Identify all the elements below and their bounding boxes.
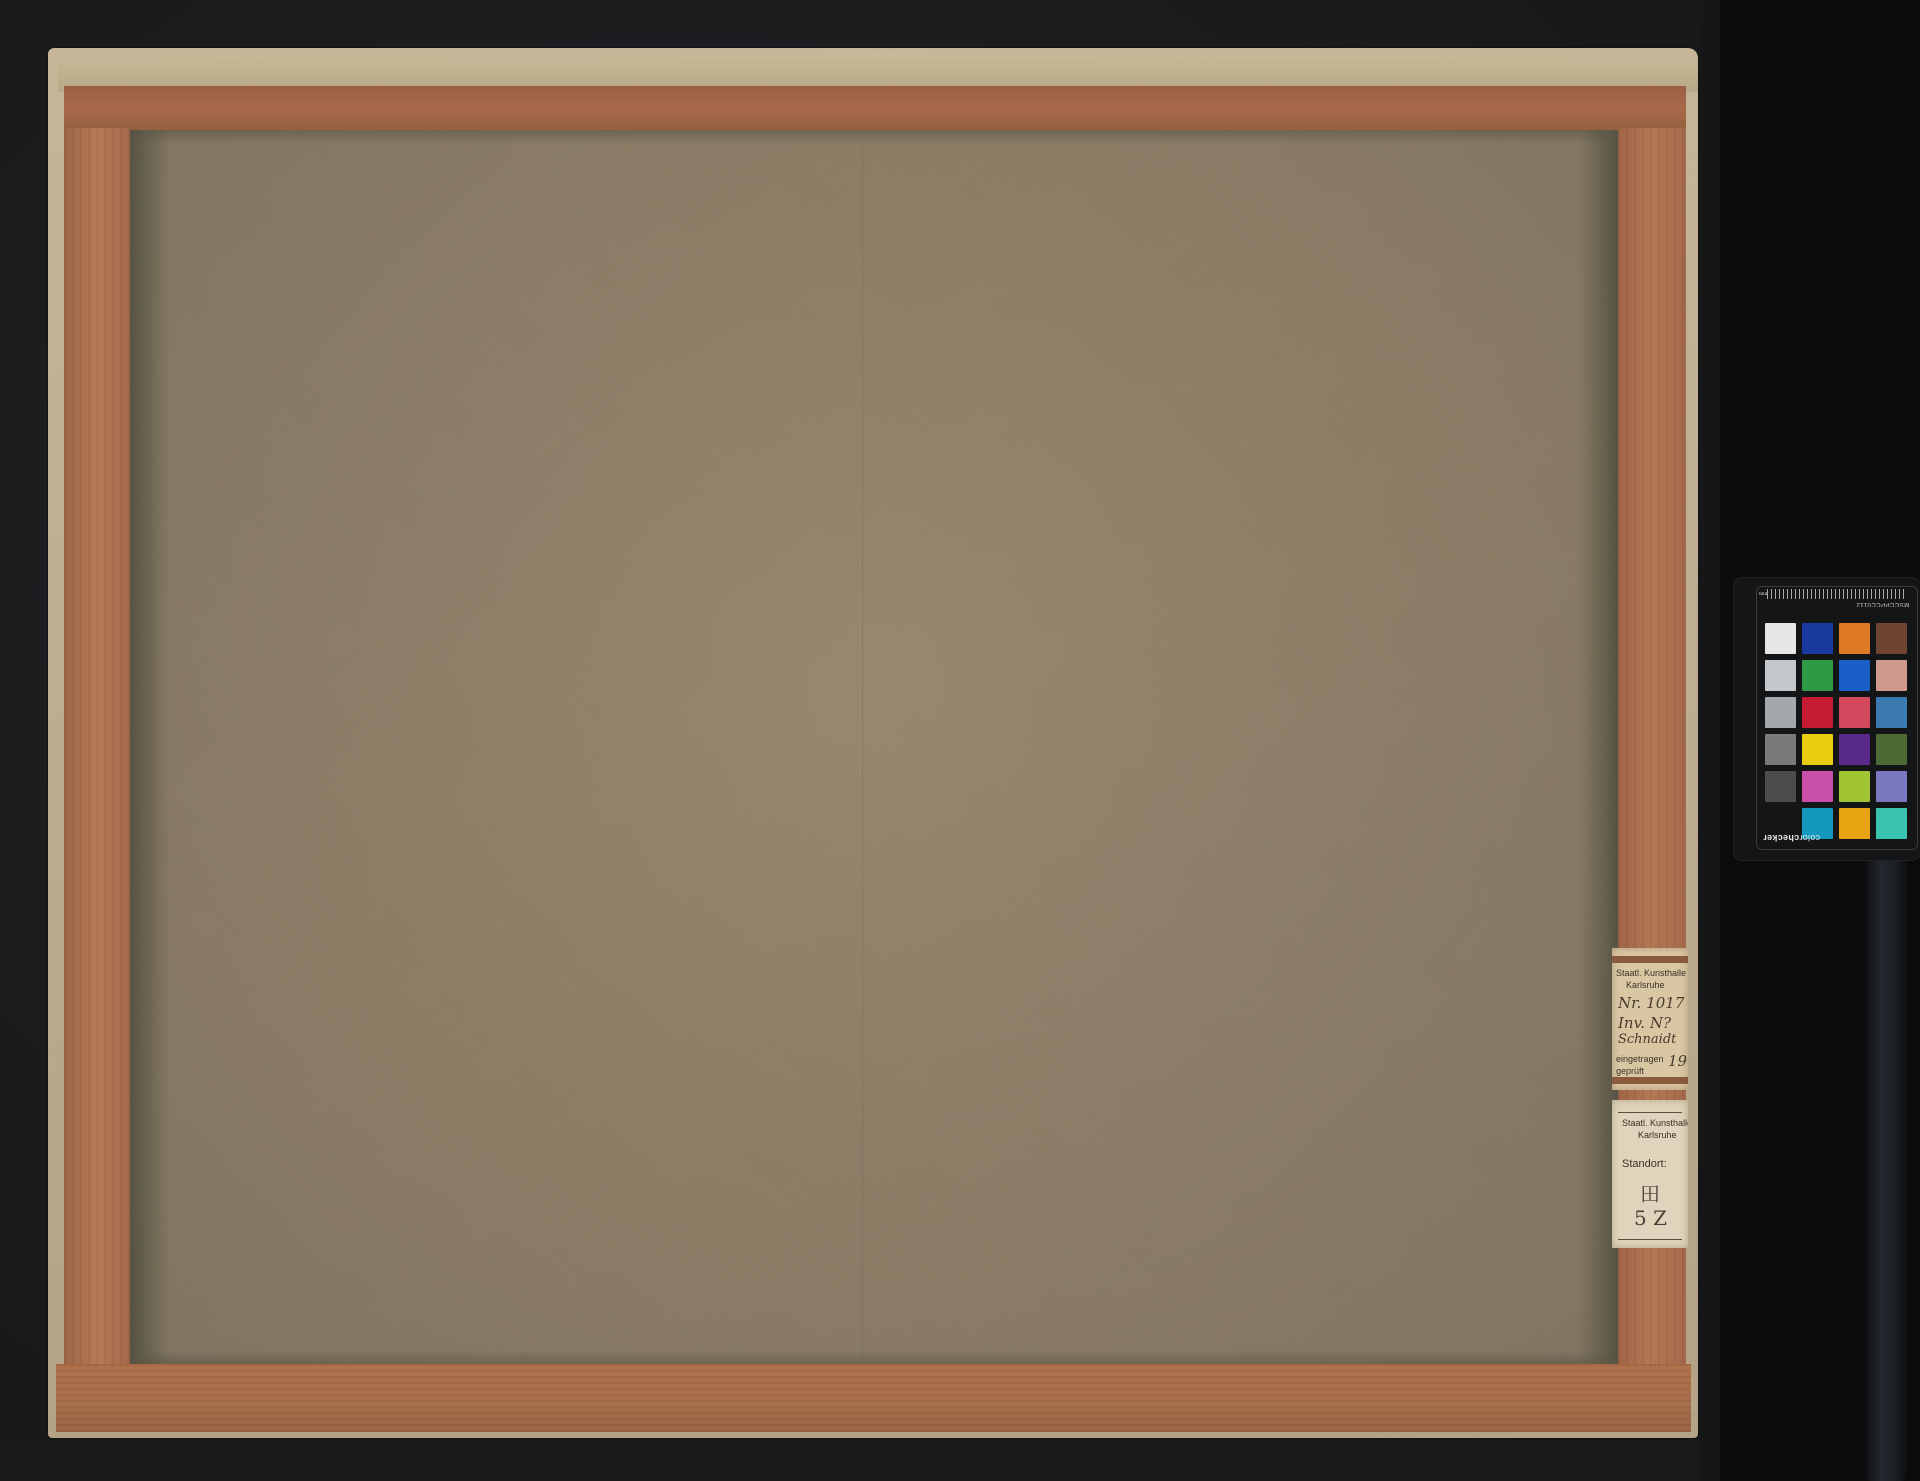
color-swatch: [1839, 623, 1870, 654]
color-swatch: [1839, 697, 1870, 728]
color-swatch: [1876, 660, 1907, 691]
color-swatch: [1802, 697, 1833, 728]
color-swatch: [1802, 660, 1833, 691]
label-band: [1612, 1077, 1688, 1084]
mm-ruler: [1767, 589, 1907, 599]
color-swatch: [1876, 623, 1907, 654]
color-swatch: [1802, 623, 1833, 654]
color-swatch: [1765, 697, 1796, 728]
brand-suffix: checker: [1763, 833, 1799, 843]
chart-code: MSCCPPCC0112: [1856, 601, 1909, 607]
canvas-seam: [862, 140, 863, 1360]
label-city: Karlsruhe: [1626, 980, 1665, 990]
floor-felt: [0, 1440, 1700, 1481]
stretcher-bar-top: [64, 86, 1686, 130]
label-handwritten-code: 5 Z: [1634, 1206, 1667, 1230]
label-handwritten-year: 19: [1668, 1052, 1687, 1070]
canvas-back-linen: [130, 130, 1618, 1364]
label-handwritten-mark: 田: [1640, 1178, 1660, 1207]
color-swatch: [1765, 623, 1796, 654]
color-checker-chart: mm MSCCPPCC0112 colorchecker: [1734, 578, 1920, 860]
label-rule: [1618, 1112, 1682, 1113]
support-pole: [1865, 850, 1907, 1481]
color-swatch: [1839, 734, 1870, 765]
label-checked: geprüft: [1616, 1066, 1644, 1076]
stretcher-bar-left: [64, 128, 130, 1366]
label-handwritten-number: Nr. 1017: [1618, 994, 1684, 1012]
color-swatch: [1876, 734, 1907, 765]
color-swatch: [1765, 771, 1796, 802]
color-swatch: [1765, 734, 1796, 765]
color-swatch: [1839, 808, 1870, 839]
color-swatch: [1839, 771, 1870, 802]
linen-shadow-top: [130, 130, 1618, 144]
ruler-unit: mm: [1759, 590, 1767, 596]
label-city: Karlsruhe: [1638, 1130, 1677, 1140]
label-registered: eingetragen: [1616, 1054, 1664, 1064]
label-location-heading: Standort:: [1622, 1158, 1667, 1170]
color-swatch: [1802, 734, 1833, 765]
color-checker-brand: colorchecker: [1763, 833, 1820, 843]
color-swatch: [1876, 808, 1907, 839]
label-handwritten-name: Schnaidt: [1618, 1032, 1676, 1047]
color-swatch: [1876, 697, 1907, 728]
swatch-grid: [1765, 623, 1907, 839]
color-swatch: [1802, 771, 1833, 802]
label-handwritten-inv: Inv. N?: [1618, 1014, 1671, 1032]
color-swatch: [1765, 660, 1796, 691]
label-institution: Staatl. Kunsthalle: [1622, 1118, 1688, 1128]
label-rule: [1618, 1239, 1682, 1240]
label-band: [1612, 956, 1688, 963]
linen-shadow-left: [130, 130, 170, 1364]
color-swatch: [1839, 660, 1870, 691]
brand-prefix: color: [1799, 833, 1820, 843]
stretcher-bar-bottom: [56, 1364, 1691, 1432]
color-checker-frame: mm MSCCPPCC0112 colorchecker: [1756, 586, 1918, 850]
inventory-label: Staatl. Kunsthalle Karlsruhe Nr. 1017 In…: [1612, 948, 1688, 1090]
color-swatch: [1876, 771, 1907, 802]
location-label: Staatl. Kunsthalle Karlsruhe Standort: 田…: [1612, 1100, 1688, 1248]
label-institution: Staatl. Kunsthalle: [1616, 968, 1686, 978]
linen-shadow-bottom: [130, 1350, 1618, 1364]
